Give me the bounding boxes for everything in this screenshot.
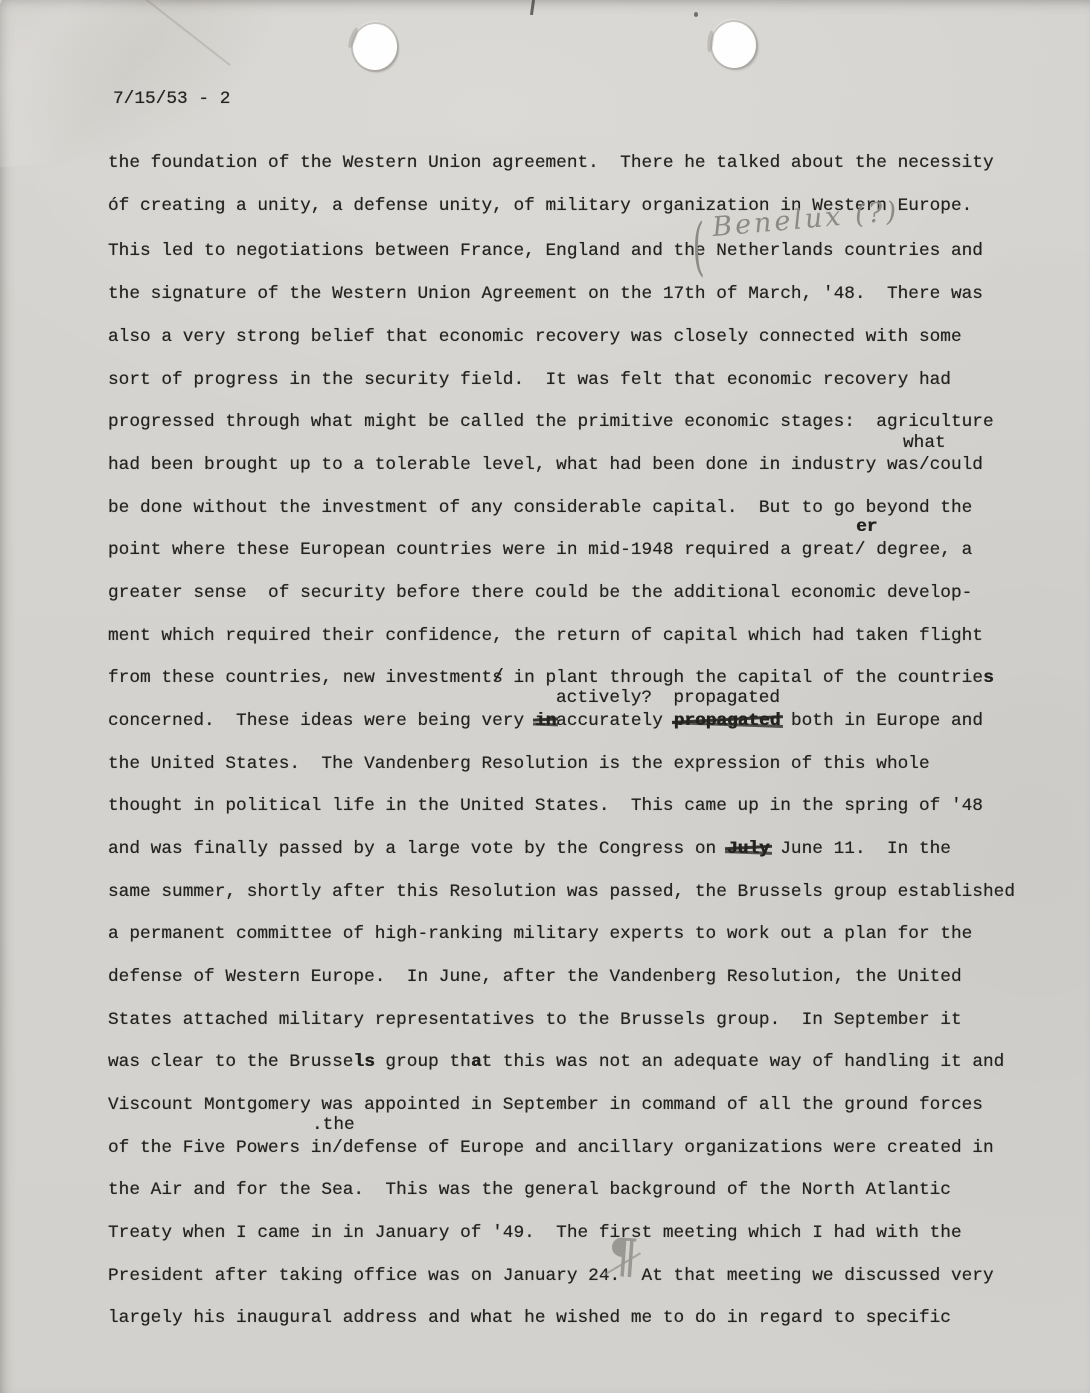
typed-line: same summer, shortly after this Resoluti… bbox=[108, 881, 1015, 903]
typed-line: be done without the investment of any co… bbox=[108, 497, 972, 519]
interlinear-insertion: actively? propagated bbox=[556, 687, 780, 709]
typed-text-segment: defense of Western Europe. In June, afte… bbox=[108, 967, 962, 987]
typed-line: the Air and for the Sea. This was the ge… bbox=[108, 1179, 951, 1201]
punch-hole-left bbox=[350, 21, 400, 73]
interlinear-insertion: what bbox=[903, 432, 946, 454]
typed-text-segment: Viscount Montgomery was appointed in Sep… bbox=[108, 1095, 983, 1115]
typed-line: the signature of the Western Union Agree… bbox=[108, 283, 983, 305]
typed-line: was clear to the Brussels group that thi… bbox=[108, 1051, 1004, 1073]
struck-text-segment: s bbox=[492, 667, 503, 689]
typed-text-segment: the signature of the Western Union Agree… bbox=[108, 284, 983, 304]
typed-text-segment: sort of progress in the security field. … bbox=[108, 370, 951, 390]
typed-text-segment: the foundation of the Western Union agre… bbox=[108, 153, 994, 173]
document-page: 7/15/53 - 2 the foundation of the Wester… bbox=[0, 0, 1090, 1393]
typed-text-segment: t this was not an adequate way of handli… bbox=[481, 1052, 1004, 1072]
struck-text-segment: July bbox=[727, 838, 770, 860]
typed-text-segment: point where these European countries wer… bbox=[108, 540, 972, 560]
typed-line: the foundation of the Western Union agre… bbox=[108, 152, 994, 174]
interlinear-insertion: er bbox=[856, 516, 877, 538]
typed-line: point where these European countries wer… bbox=[108, 539, 972, 561]
punch-hole-right bbox=[710, 20, 759, 70]
typed-line: of the Five Powers in/defense of Europe … bbox=[108, 1137, 994, 1159]
typed-text-segment: s bbox=[983, 668, 994, 688]
typed-text-segment: concerned. These ideas were being very bbox=[108, 711, 535, 731]
typed-line: States attached military representatives… bbox=[108, 1009, 962, 1031]
typed-text-segment: from these countries, new investment bbox=[108, 668, 492, 688]
typed-line: thought in political life in the United … bbox=[108, 795, 983, 817]
typed-line: had been brought up to a tolerable level… bbox=[108, 454, 983, 476]
typed-text-segment: also a very strong belief that economic … bbox=[108, 327, 962, 347]
typed-text-segment: of the Five Powers in/defense of Europe … bbox=[108, 1138, 994, 1158]
typed-text-segment: This led to negotiations between France,… bbox=[108, 241, 983, 261]
typed-text-segment: ls bbox=[353, 1052, 374, 1072]
typed-line: a permanent committee of high-ranking mi… bbox=[108, 923, 972, 945]
typed-line: President after taking office was on Jan… bbox=[108, 1265, 994, 1287]
typed-text-segment: Treaty when I came in in January of '49.… bbox=[108, 1223, 962, 1243]
struck-text-segment: propagated bbox=[674, 710, 781, 732]
typed-line: greater sense of security before there c… bbox=[108, 582, 972, 604]
typed-text-segment: ment which required their confidence, th… bbox=[108, 626, 983, 646]
handwritten-paragraph-mark: ¶ bbox=[606, 1228, 640, 1285]
typed-text-segment: the Air and for the Sea. This was the ge… bbox=[108, 1180, 951, 1200]
typed-text-segment: both in Europe and bbox=[780, 711, 983, 731]
typed-text-segment: States attached military representatives… bbox=[108, 1010, 962, 1030]
typed-line: ment which required their confidence, th… bbox=[108, 625, 983, 647]
typed-text-segment: group th bbox=[375, 1052, 471, 1072]
handwritten-brace: ( bbox=[692, 211, 705, 285]
typed-text-segment: accurately bbox=[556, 711, 673, 731]
typed-line: progressed through what might be called … bbox=[108, 411, 994, 433]
typed-text-segment: same summer, shortly after this Resoluti… bbox=[108, 882, 1015, 902]
interlinear-insertion: .the bbox=[312, 1114, 355, 1136]
typed-text-segment: thought in political life in the United … bbox=[108, 796, 983, 816]
typed-line: concerned. These ideas were being very i… bbox=[108, 710, 983, 732]
typed-line: largely his inaugural address and what h… bbox=[108, 1307, 951, 1329]
typed-line: Treaty when I came in in January of '49.… bbox=[108, 1222, 962, 1244]
typed-line: defense of Western Europe. In June, afte… bbox=[108, 966, 962, 988]
typed-text-segment: largely his inaugural address and what h… bbox=[108, 1308, 951, 1328]
typed-line: the United States. The Vandenberg Resolu… bbox=[108, 753, 930, 775]
struck-text-segment: in bbox=[535, 710, 556, 732]
top-tear-mark bbox=[530, 0, 535, 15]
typed-text-segment: in plant through the capital of the coun… bbox=[503, 668, 983, 688]
typed-text-segment: be done without the investment of any co… bbox=[108, 498, 972, 518]
typed-line: This led to negotiations between France,… bbox=[108, 240, 983, 262]
typed-text-segment: and was finally passed by a large vote b… bbox=[108, 839, 727, 859]
typed-text-segment: progressed through what might be called … bbox=[108, 412, 994, 432]
typed-text-segment: a bbox=[471, 1052, 482, 1072]
typed-line: also a very strong belief that economic … bbox=[108, 326, 962, 348]
typed-line: and was finally passed by a large vote b… bbox=[108, 838, 951, 860]
typed-line: from these countries, new investments in… bbox=[108, 667, 994, 689]
typed-text-segment: was clear to the Brusse bbox=[108, 1052, 353, 1072]
typed-line: sort of progress in the security field. … bbox=[108, 369, 951, 391]
paper-speck bbox=[694, 12, 698, 17]
date-page-header: 7/15/53 - 2 bbox=[113, 88, 230, 110]
typed-line: Viscount Montgomery was appointed in Sep… bbox=[108, 1094, 983, 1116]
typed-text-segment: a permanent committee of high-ranking mi… bbox=[108, 924, 972, 944]
typed-text-segment: greater sense of security before there c… bbox=[108, 583, 972, 603]
typed-text-segment: June 11. In the bbox=[770, 839, 951, 859]
typed-text-segment: President after taking office was on Jan… bbox=[108, 1266, 994, 1286]
typed-text-segment: had been brought up to a tolerable level… bbox=[108, 455, 983, 475]
typed-text-segment: the United States. The Vandenberg Resolu… bbox=[108, 754, 930, 774]
